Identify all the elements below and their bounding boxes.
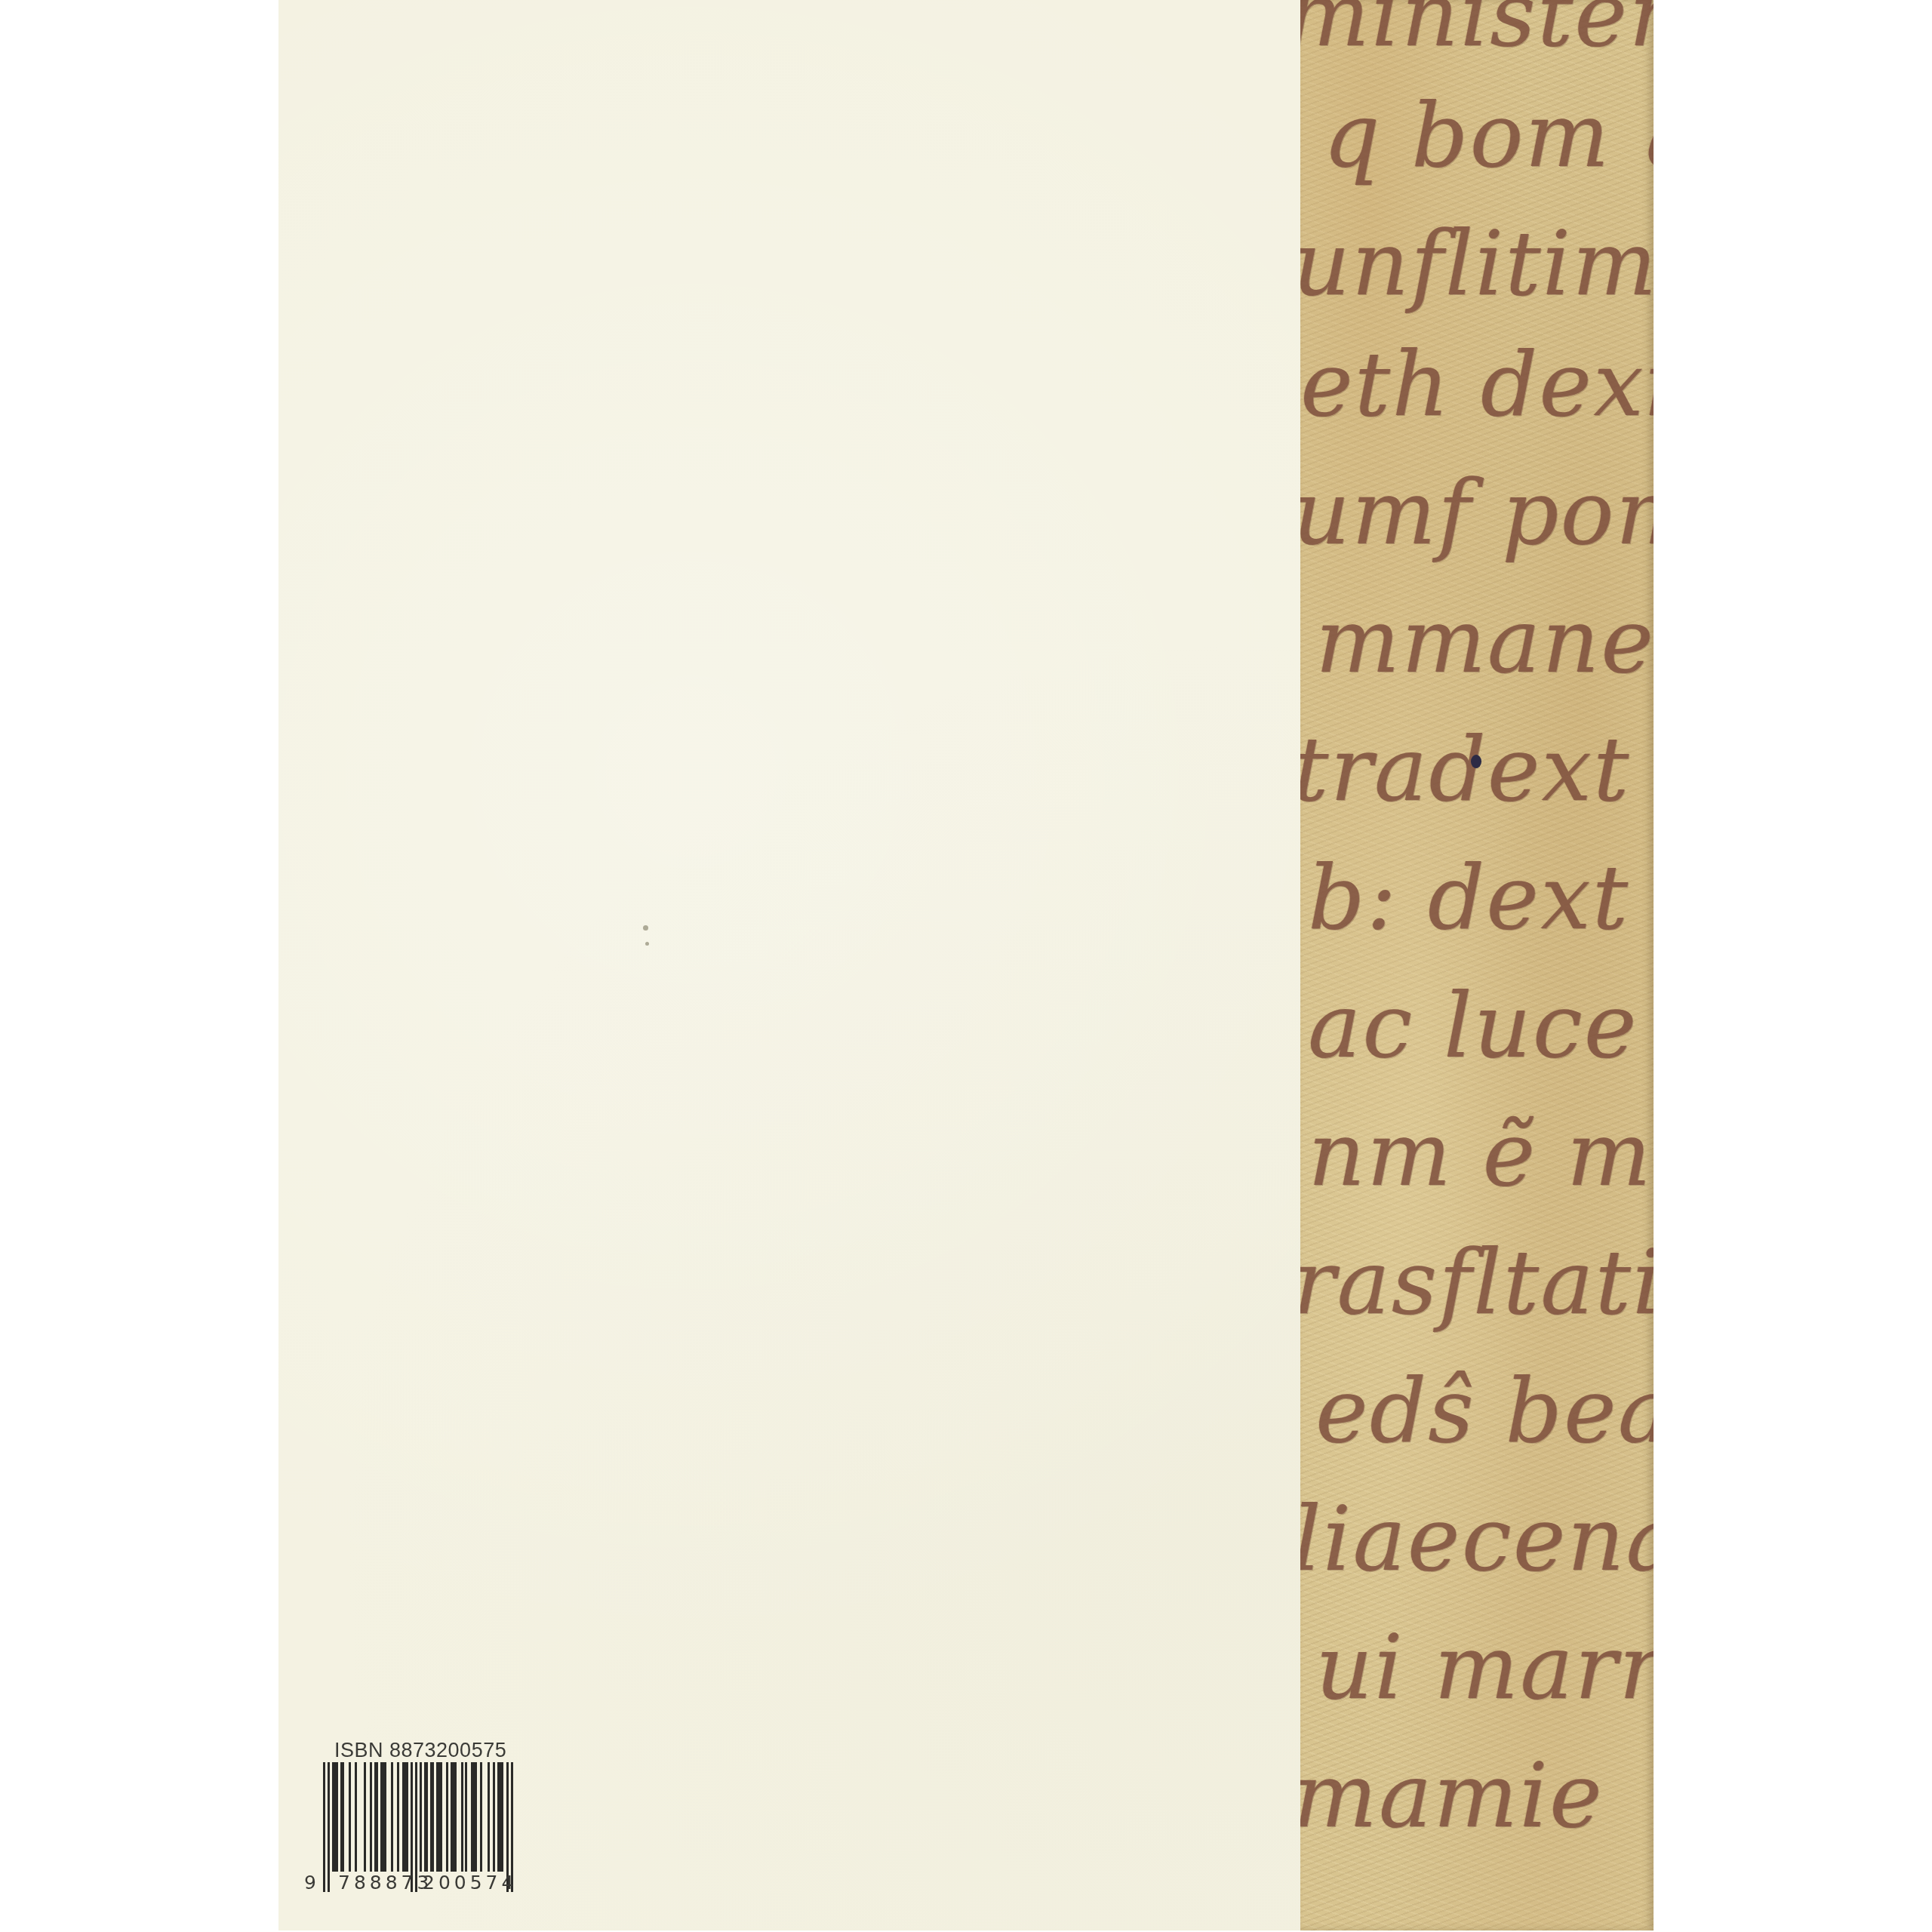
manuscript-line: tradext	[1300, 724, 1631, 814]
manuscript-line: rasfltati	[1300, 1238, 1654, 1327]
manuscript-line: ui marr	[1315, 1623, 1654, 1712]
manuscript-line: umf pom	[1300, 468, 1654, 557]
cover-speck	[643, 925, 648, 931]
manuscript-line: mamie	[1300, 1751, 1604, 1840]
manuscript-spine-strip: ministeriu q bom q unflitimam eth dexitt…	[1300, 0, 1654, 1930]
manuscript-line: ministeriu	[1300, 0, 1654, 59]
ean-left-digits: 788873	[338, 1873, 432, 1892]
manuscript-line: nm ẽ m	[1308, 1109, 1653, 1198]
manuscript-line: edŝ bea	[1315, 1366, 1654, 1455]
isbn-label: ISBN 8873200575	[334, 1740, 506, 1761]
manuscript-line: ac luce n	[1308, 981, 1654, 1070]
ean-lead-digit: 9	[304, 1873, 316, 1892]
manuscript-line: mmane q	[1315, 596, 1654, 685]
manuscript-line: unflitimam	[1300, 219, 1654, 308]
manuscript-line: b: dext	[1308, 853, 1629, 942]
manuscript-line: eth dexitt	[1300, 340, 1654, 429]
cover-speck	[645, 942, 649, 946]
manuscript-line: liaecenar	[1300, 1494, 1654, 1583]
ink-spot	[1471, 755, 1481, 768]
manuscript-line: q bom q	[1323, 91, 1654, 180]
ean-right-digits: 200574	[423, 1873, 517, 1892]
